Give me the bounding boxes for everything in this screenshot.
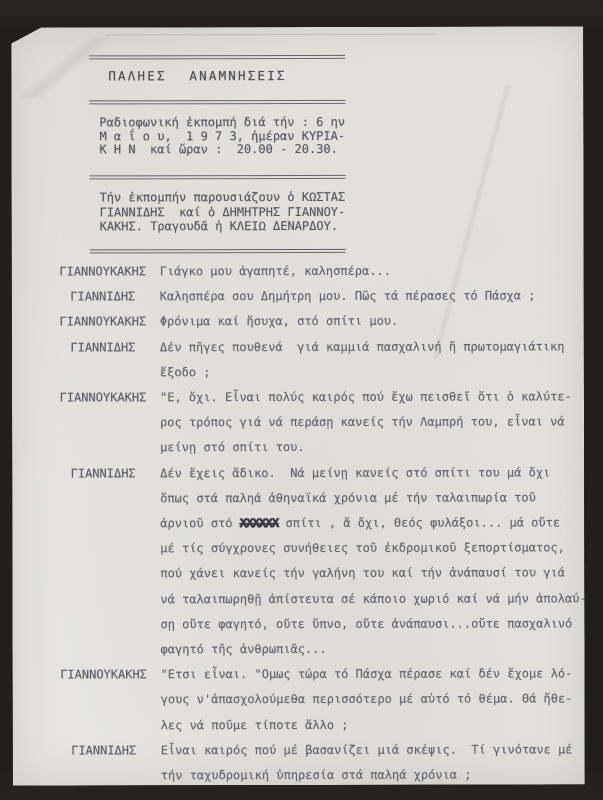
divider-rule: [90, 249, 346, 254]
speech: "Ε, ὄχι. Εἶναι πολύς καιρός πού ἔχω πεισ…: [160, 384, 584, 460]
speaker-name: ΓΙΑΝΝΟΥΚΑΚΗΣ: [13, 663, 161, 689]
fold-line: [107, 34, 437, 36]
dialogue-line: ρος τρόπος γιά νά περάσῃ κανείς τήν Λαμπ…: [160, 410, 584, 436]
divider-rule: [89, 55, 345, 60]
divider-rule: [89, 100, 345, 105]
dialogue-entry: ΓΙΑΝΝΟΥΚΑΚΗΣ "Ετσι εἶναι. "Ομως τώρα τό …: [13, 662, 585, 739]
dialogue-line: νά ταλαιπωρηθῇ ἀπίστευτα σέ κάποιο χωριό…: [160, 586, 584, 612]
dialogue-entry: ΓΙΑΝΝΙΔΗΣ Εἶναι καιρός πού μέ βασανίζει …: [13, 737, 585, 789]
dialogue-line: ἔξοδο ;: [160, 359, 584, 385]
speaker-name: ΓΙΑΝΝΙΔΗΣ: [13, 738, 161, 764]
dialogue-line: σῃ οὔτε φαγητό, οὔτε ὕπνο, οὔτε ἀνάπαυσι…: [160, 611, 584, 637]
speech: Δέν ἔχεις ἄδικο. Νά μείνῃ κανείς στό σπί…: [160, 460, 584, 663]
presenters-line: ΓΙΑΝΝΙΔΗΣ καί ὁ ΔΗΜΗΤΡΗΣ ΓΙΑΝΝΟΥ-: [100, 204, 346, 219]
presenters-line: Τήν ἐκπομπήν παρουσιάζουν ὁ ΚΩΣΤΑΣ: [100, 190, 346, 205]
dialogue-line: μείνῃ στό σπίτι του.: [160, 435, 584, 461]
line-segment: σπίτι , ἄ ὄχι, Θεός φυλάξοι... μά οὔτε: [278, 515, 560, 530]
presenters-line: ΚΑΚΗΣ. Τραγουδᾶ ἡ ΚΛΕΙΩ ΔΕΝΑΡΔΟΥ.: [100, 219, 346, 234]
broadcast-info-line: Ραδιοφωνική ἐκπομπή διά τήν : 6 ην: [99, 116, 345, 130]
speech: "Ετσι εἶναι. "Ομως τώρα τό Πάσχα πέρασε …: [161, 662, 585, 738]
dialogue-entry: ΓΙΑΝΝΙΔΗΣ Καλησπέρα σου Δημήτρη μου. Πῶς…: [12, 284, 584, 310]
divider-rule: [90, 175, 346, 180]
speech: Φρόνιμα καί ἥσυχα, στό σπίτι μου.: [160, 309, 584, 335]
speech: Γιάγκο μου ἀγαπητέ, καλησπέρα...: [160, 258, 584, 284]
speech: Εἶναι καιρός πού μέ βασανίζει μιά σκέψις…: [161, 737, 585, 788]
dialogue-line: Γιάγκο μου ἀγαπητέ, καλησπέρα...: [160, 258, 584, 284]
dialogue-line: ὅπως στά παληά ἀθηναϊκά χρόνια μέ τήν τα…: [160, 485, 584, 511]
line-segment: ἀρνιοῦ στό: [160, 516, 240, 530]
dialogue-entry: ΓΙΑΝΝΟΥΚΑΚΗΣ "Ε, ὄχι. Εἶναι πολύς καιρός…: [12, 384, 584, 461]
dialogue-line: λες νά ποῦμε τίποτε ἄλλο ;: [161, 712, 585, 738]
speech: Δέν πῆγες πουθενά γιά καμμιά πασχαλινή ἤ…: [160, 334, 584, 385]
dialogue-entry: ΓΙΑΝΝΟΥΚΑΚΗΣ Φρόνιμα καί ἥσυχα, στό σπίτ…: [12, 309, 584, 335]
speaker-name: ΓΙΑΝΝΟΥΚΑΚΗΣ: [12, 310, 160, 336]
dialogue-line: φαγητό τῆς ἀνθρωπιᾶς...: [160, 636, 584, 662]
dialogue-entry: ΓΙΑΝΝΙΔΗΣ Δέν ἔχεις ἄδικο. Νά μείνῃ κανε…: [12, 460, 584, 663]
dialogue-entry: ΓΙΑΝΝΙΔΗΣ Δέν πῆγες πουθενά γιά καμμιά π…: [12, 334, 584, 386]
dialogue-entry: ΓΙΑΝΝΟΥΚΑΚΗΣ Γιάγκο μου ἀγαπητέ, καλησπέ…: [12, 258, 584, 284]
broadcast-info: Ραδιοφωνική ἐκπομπή διά τήν : 6 ην Μ α ΐ…: [99, 116, 345, 157]
speaker-name: ΓΙΑΝΝΙΔΗΣ: [12, 461, 160, 487]
presenters-info: Τήν ἐκπομπήν παρουσιάζουν ὁ ΚΩΣΤΑΣ ΓΙΑΝΝ…: [100, 190, 346, 234]
dialogue-line: "Ε, ὄχι. Εἶναι πολύς καιρός πού ἔχω πεισ…: [160, 384, 584, 410]
scanned-page: ΠΑΛΗΕΣ ΑΝΑΜΝΗΣΕΙΣ Ραδιοφωνική ἐκπομπή δι…: [11, 26, 585, 785]
struck-word: ΧΧΧΧΧΧ: [240, 516, 279, 530]
dialogue-line: Εἶναι καιρός πού μέ βασανίζει μιά σκέψις…: [161, 737, 585, 763]
dialogue-line: πού χάνει κανείς τήν γαλήνη του καί τήν …: [160, 561, 584, 587]
dialogue-line: Δέν πῆγες πουθενά γιά καμμιά πασχαλινή ἤ…: [160, 334, 584, 360]
dialogue-line: Φρόνιμα καί ἥσυχα, στό σπίτι μου.: [160, 309, 584, 335]
speaker-name: ΓΙΑΝΝΟΥΚΑΚΗΣ: [12, 385, 160, 411]
dialogue-line: "Ετσι εἶναι. "Ομως τώρα τό Πάσχα πέρασε …: [161, 662, 585, 688]
dialogue-line-with-strikeout: ἀρνιοῦ στό ΧΧΧΧΧΧ σπίτι , ἄ ὄχι, Θεός φυ…: [160, 510, 584, 536]
document-title: ΠΑΛΗΕΣ ΑΝΑΜΝΗΣΕΙΣ: [108, 68, 286, 83]
speech: Καλησπέρα σου Δημήτρη μου. Πῶς τά πέρασε…: [160, 284, 584, 310]
speaker-name: ΓΙΑΝΝΙΔΗΣ: [12, 335, 160, 361]
speaker-name: ΓΙΑΝΝΟΥΚΑΚΗΣ: [12, 259, 160, 285]
dialogue-script: ΓΙΑΝΝΟΥΚΑΚΗΣ Γιάγκο μου ἀγαπητέ, καλησπέ…: [12, 258, 585, 788]
speaker-name: ΓΙΑΝΝΙΔΗΣ: [12, 284, 160, 310]
dialogue-line: γους ν'ἀπασχολούμεθα περισσότερο μέ αὐτό…: [161, 687, 585, 713]
dialogue-line: Καλησπέρα σου Δημήτρη μου. Πῶς τά πέρασε…: [160, 284, 584, 310]
broadcast-info-line: Κ Η Ν καί ὥραν : 20.00 - 20.30.: [99, 143, 345, 157]
dialogue-line: Δέν ἔχεις ἄδικο. Νά μείνῃ κανείς στό σπί…: [160, 460, 584, 486]
dialogue-line: μέ τίς σύγχρονες συνήθειες τοῦ ἐκδρομικο…: [160, 536, 584, 562]
